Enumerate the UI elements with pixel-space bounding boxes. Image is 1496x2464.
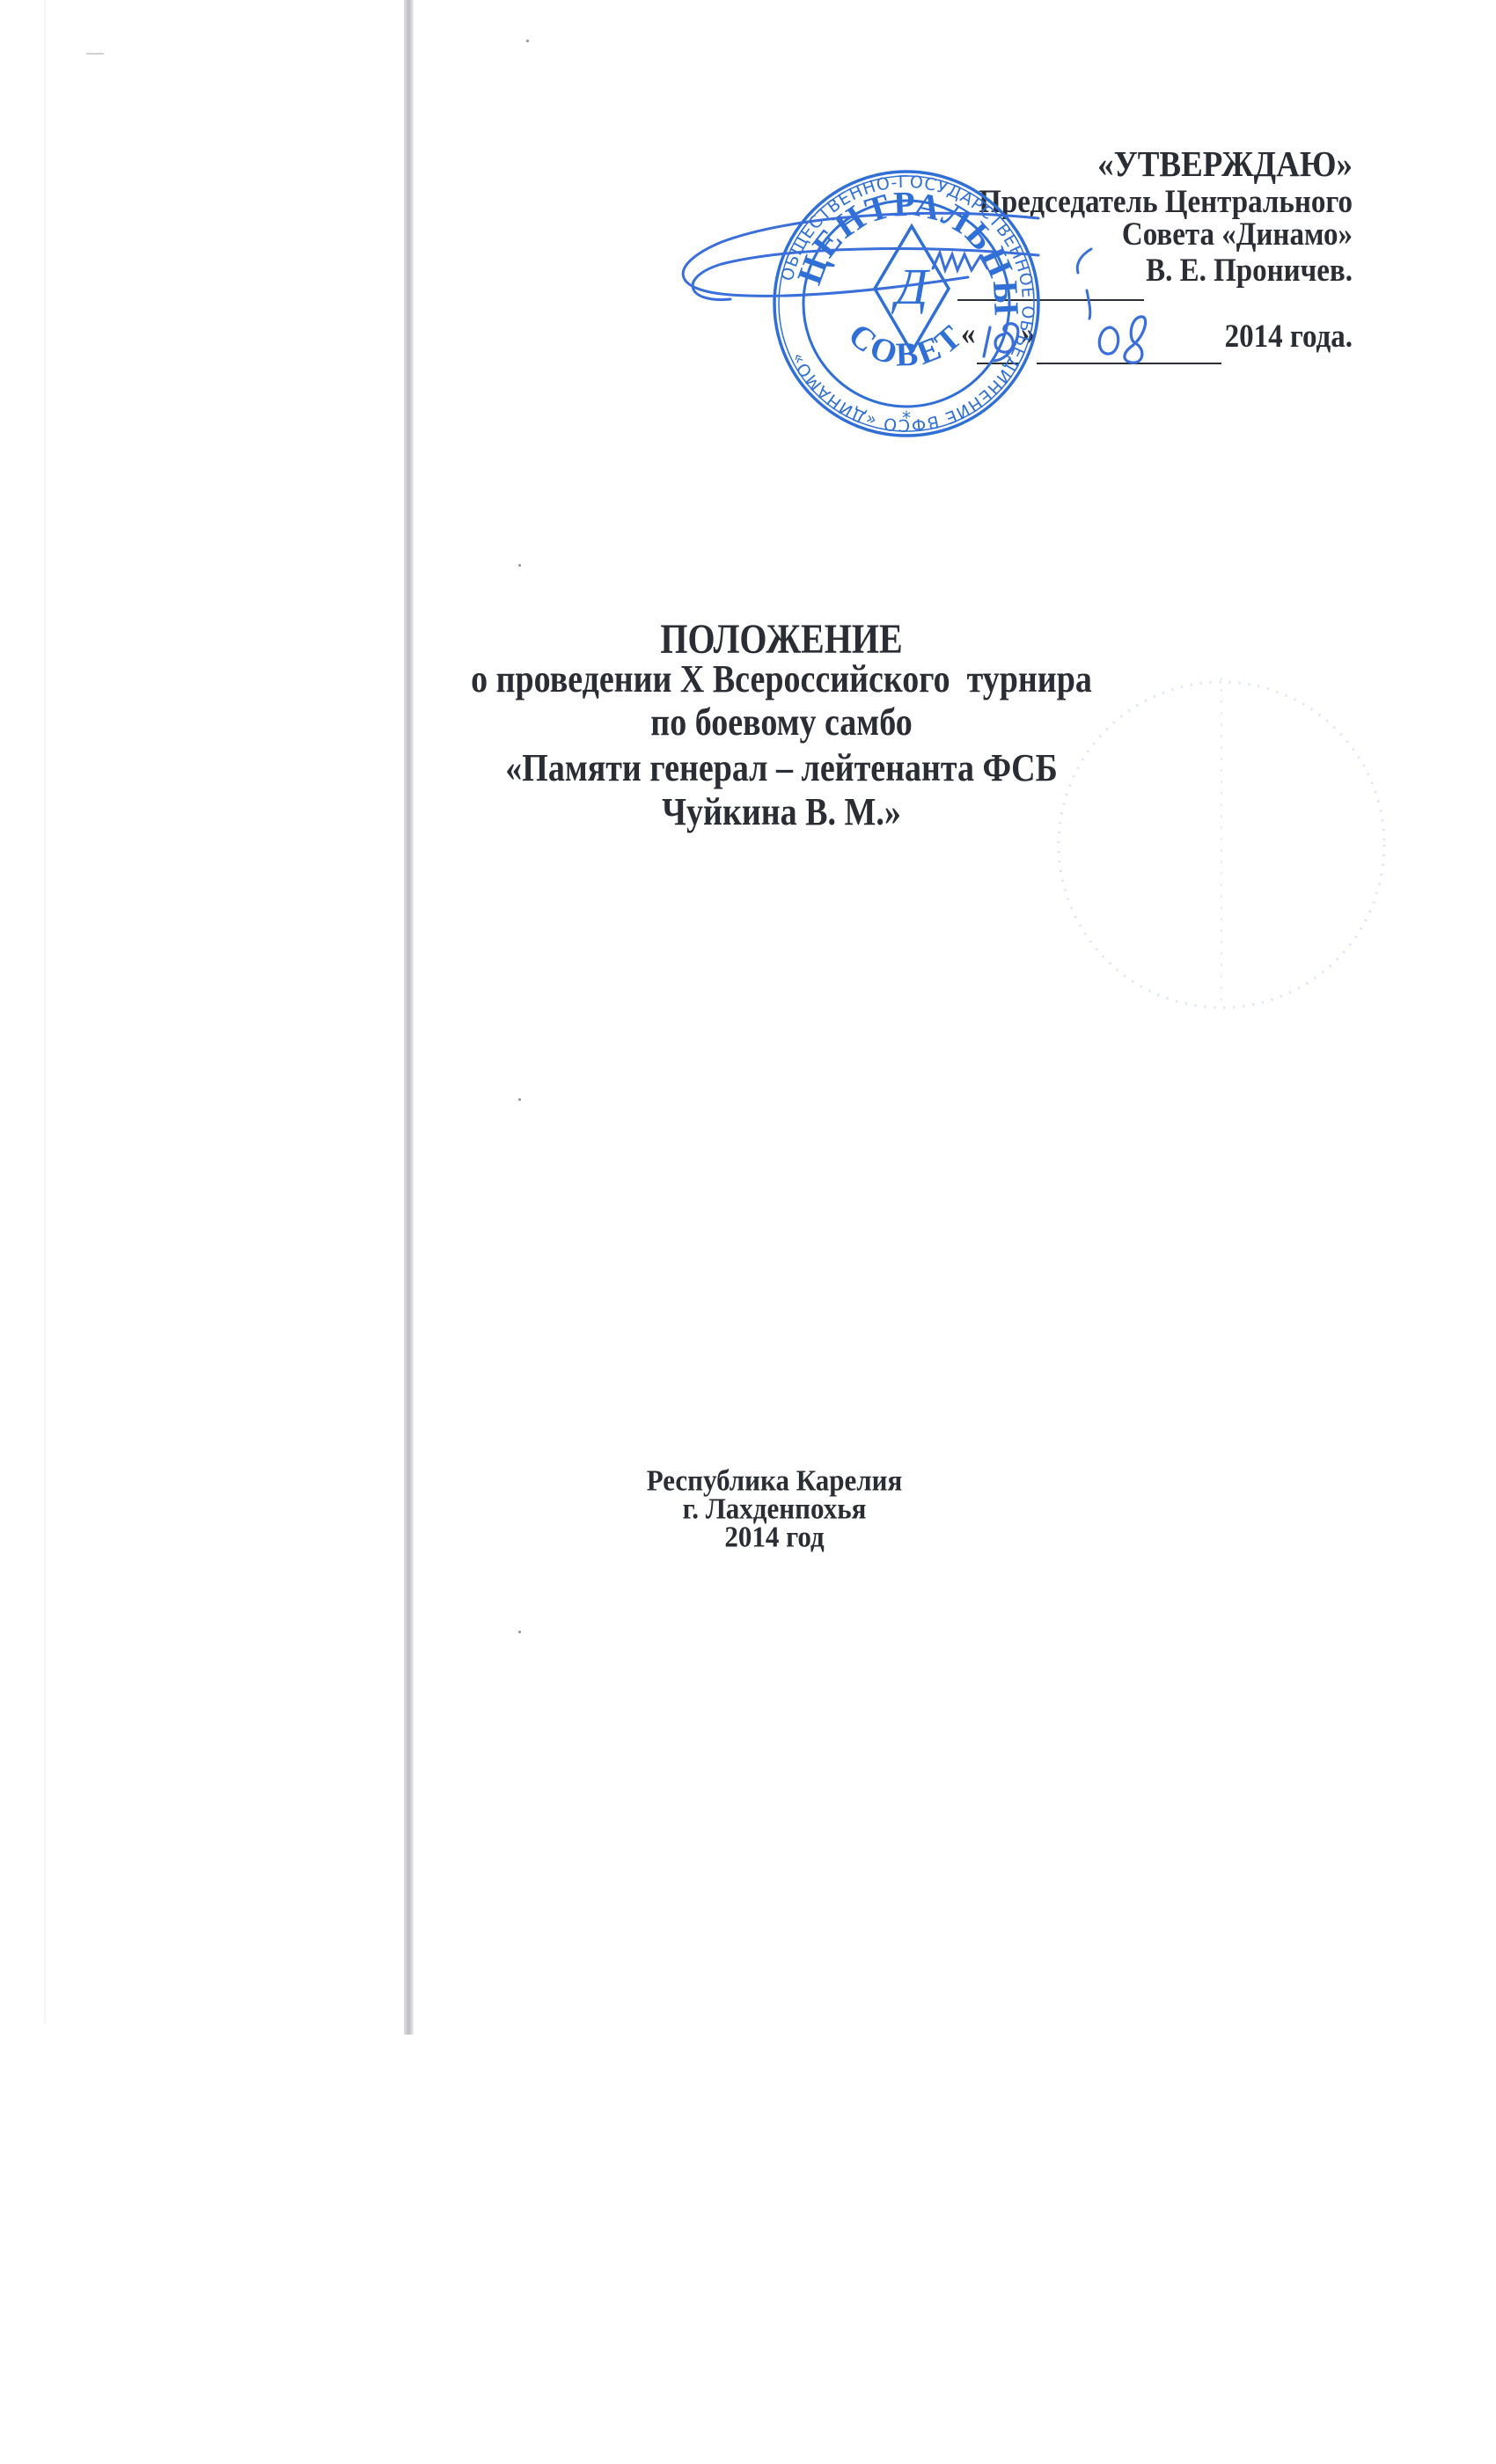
handwritten-date (984, 317, 1146, 363)
place-year: 2014 год (598, 1520, 950, 1554)
scan-speck (86, 53, 104, 55)
stamp-inner-top: ЦЕНТРАЛЬНЫЙ (0, 0, 1027, 318)
scan-speck (518, 564, 521, 567)
document-page: «УТВЕРЖДАЮ» Председатель Центрального Со… (0, 0, 1496, 2464)
title-line-3: по боевому самбо (405, 700, 1158, 745)
official-stamp: ОБЩЕСТВЕННО-ГОСУДАРСТВЕННОЕ ОБЪЕДИНЕНИЕ … (0, 0, 1496, 2464)
scan-speck (518, 1631, 521, 1633)
stamp-inner-bottom: СОВЕТ (841, 317, 972, 374)
stamp-star: * (902, 407, 911, 429)
scan-speck (526, 40, 529, 42)
title-line-4: «Памяти генерал – лейтенанта ФСБ (405, 745, 1158, 791)
scan-speck (518, 1098, 521, 1101)
title-line-5: Чуйкина В. М.» (405, 789, 1158, 835)
svg-text:СОВЕТ: СОВЕТ (841, 317, 972, 374)
title-line-2: о проведении Х Всероссийского турнира (405, 656, 1158, 702)
svg-text:ЦЕНТРАЛЬНЫЙ: ЦЕНТРАЛЬНЫЙ (0, 0, 1027, 318)
